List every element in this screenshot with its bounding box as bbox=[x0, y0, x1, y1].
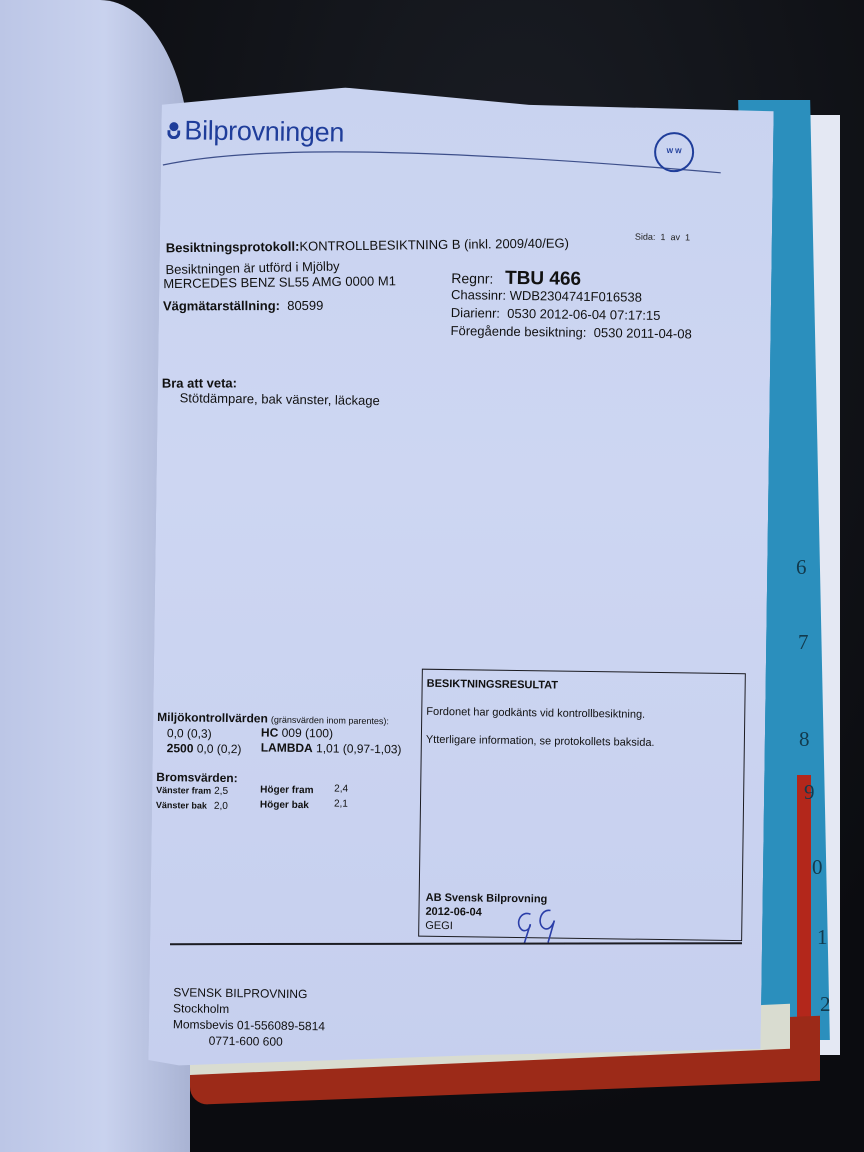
tab-number-7: 7 bbox=[798, 630, 809, 655]
brakes-heading: Bromsvärden: bbox=[156, 770, 238, 785]
tab-number-2: 2 bbox=[820, 992, 831, 1017]
brake-right-front-label: Höger fram bbox=[260, 784, 314, 796]
emissions-hc: HC 009 (100) bbox=[261, 725, 333, 740]
notes-item: Stötdämpare, bak vänster, läckage bbox=[180, 390, 380, 408]
signer-code: GEGI bbox=[425, 920, 453, 932]
tab-number-8: 8 bbox=[799, 727, 810, 752]
previous-inspection: Föregående besiktning: 0530 2011-04-08 bbox=[450, 323, 691, 341]
protocol-title: Besiktningsprotokoll:KONTROLLBESIKTNING … bbox=[166, 235, 569, 255]
inspection-result-box: BESIKTNINGSRESULTAT Fordonet har godkänt… bbox=[418, 669, 746, 941]
diary-number: Diarienr: 0530 2012-06-04 07:17:15 bbox=[451, 305, 661, 323]
brake-left-rear-label: Vänster bak bbox=[156, 800, 207, 811]
result-approved-text: Fordonet har godkänts vid kontrollbesikt… bbox=[426, 706, 645, 721]
bilprovningen-logo-icon bbox=[167, 122, 181, 140]
page-indicator: Sida: 1 av 1 bbox=[635, 232, 690, 243]
signature-rule bbox=[170, 942, 742, 945]
footer-city: Stockholm bbox=[173, 1001, 229, 1016]
footer-company: SVENSK BILPROVNING bbox=[173, 985, 307, 1001]
emissions-co-2500: 2500 0,0 (0,2) bbox=[167, 741, 242, 756]
brake-left-front-value: 2,5 bbox=[214, 786, 228, 797]
footer-phone: 0771-600 600 bbox=[209, 1034, 283, 1049]
result-heading: BESIKTNINGSRESULTAT bbox=[427, 678, 559, 692]
brake-left-front-label: Vänster fram bbox=[156, 785, 211, 796]
red-divider-tab bbox=[797, 775, 811, 1055]
emissions-lambda: LAMBDA 1,01 (0,97-1,03) bbox=[261, 740, 402, 756]
vehicle-model: MERCEDES BENZ SL55 AMG 0000 M1 bbox=[163, 273, 396, 291]
logo-swoosh bbox=[161, 143, 721, 181]
result-more-info-text: Ytterligare information, se protokollets… bbox=[426, 734, 655, 749]
signer-date: 2012-06-04 bbox=[425, 906, 481, 919]
footer-org-number: Momsbevis 01-556089-5814 bbox=[173, 1017, 325, 1033]
brake-right-front-value: 2,4 bbox=[334, 783, 348, 794]
signature-mark bbox=[510, 902, 571, 948]
tab-number-1: 1 bbox=[817, 925, 828, 950]
tab-number-6: 6 bbox=[796, 555, 807, 580]
notes-heading: Bra att veta: bbox=[162, 375, 237, 390]
brake-right-rear-label: Höger bak bbox=[260, 799, 309, 811]
emissions-co-idle: 0,0 (0,3) bbox=[167, 726, 212, 741]
tab-number-0: 0 bbox=[812, 855, 823, 880]
brake-right-rear-value: 2,1 bbox=[334, 798, 348, 809]
inspection-protocol-page: Bilprovningen W W Sida: 1 av 1 Besiktnin… bbox=[148, 85, 774, 1078]
odometer: Vägmätarställning: 80599 bbox=[163, 298, 323, 314]
chassis-number: Chassinr: WDB2304741F016538 bbox=[451, 287, 642, 305]
brake-left-rear-value: 2,0 bbox=[214, 801, 228, 812]
tab-number-9: 9 bbox=[804, 780, 815, 805]
